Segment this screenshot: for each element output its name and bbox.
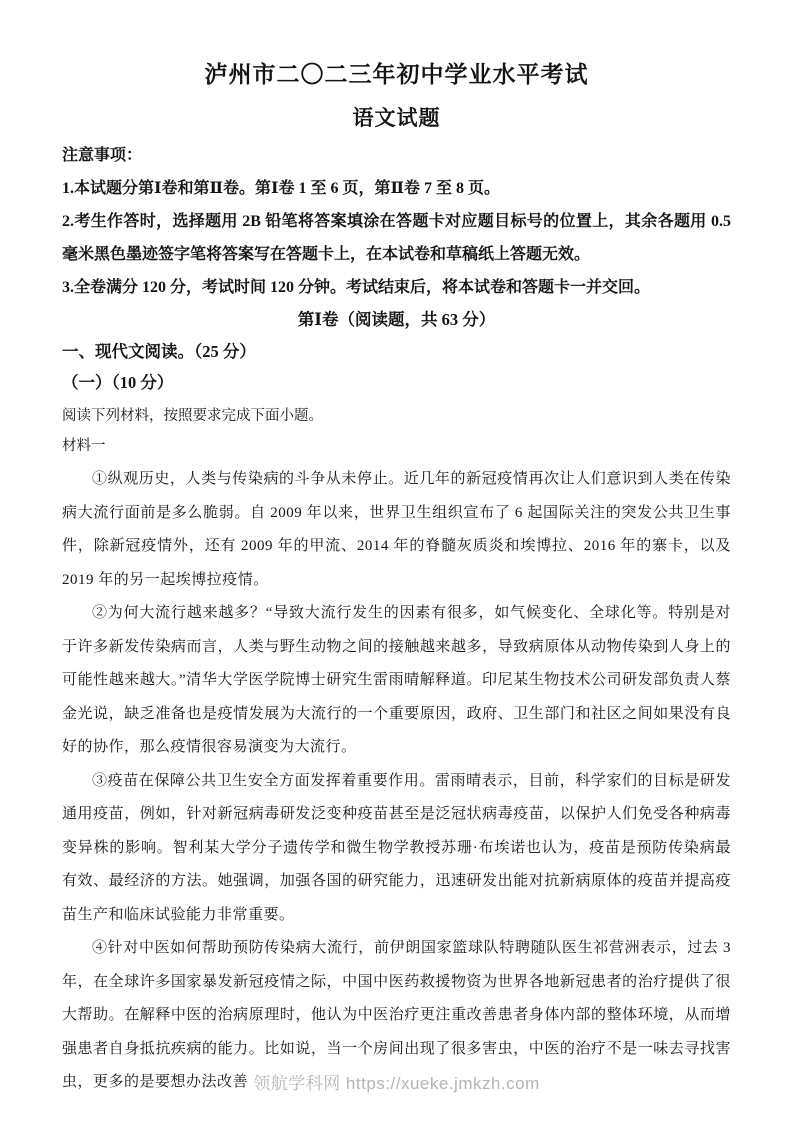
site-watermark: 领航学科网 https://xueke.jmkzh.com — [0, 1069, 793, 1094]
material-one-body: ①纵观历史，人类与传染病的斗争从未停止。近几年的新冠疫情再次让人们意识到人类在传… — [62, 463, 731, 1100]
notice-item-3: 3.全卷满分 120 分，考试时间 120 分钟。考试结束后，将本试卷和答题卡一… — [62, 271, 731, 304]
section-heading-volume-1: 第Ⅰ卷（阅读题，共 63 分） — [62, 304, 731, 336]
notice-item-2: 2.考生作答时，选择题用 2B 铅笔将答案填涂在答题卡对应题目标号的位置上，其余… — [62, 205, 731, 271]
material-paragraph-1: ①纵观历史，人类与传染病的斗争从未停止。近几年的新冠疫情再次让人们意识到人类在传… — [62, 463, 731, 597]
notices-heading: 注意事项： — [62, 140, 731, 172]
material-one-label: 材料一 — [62, 431, 731, 461]
notice-item-1: 1.本试题分第Ⅰ卷和第Ⅱ卷。第Ⅰ卷 1 至 6 页，第Ⅱ卷 7 至 8 页。 — [62, 172, 731, 205]
material-paragraph-3: ③疫苗在保障公共卫生安全方面发挥着重要作用。雷雨晴表示，目前，科学家们的目标是研… — [62, 765, 731, 933]
subpart-heading-one: （一）（10 分） — [62, 367, 731, 398]
reading-instruction: 阅读下列材料，按照要求完成下面小题。 — [62, 401, 731, 431]
notices-section: 注意事项： 1.本试题分第Ⅰ卷和第Ⅱ卷。第Ⅰ卷 1 至 6 页，第Ⅱ卷 7 至 … — [62, 140, 731, 304]
material-paragraph-2: ②为何大流行越来越多？“导致大流行发生的因素有很多，如气候变化、全球化等。特别是… — [62, 597, 731, 765]
exam-subtitle: 语文试题 — [62, 102, 731, 134]
part-heading-modern-reading: 一、现代文阅读。（25 分） — [62, 336, 731, 367]
exam-title: 泸州市二〇二三年初中学业水平考试 — [62, 58, 731, 92]
exam-page: 泸州市二〇二三年初中学业水平考试 语文试题 注意事项： 1.本试题分第Ⅰ卷和第Ⅱ… — [0, 0, 793, 1122]
